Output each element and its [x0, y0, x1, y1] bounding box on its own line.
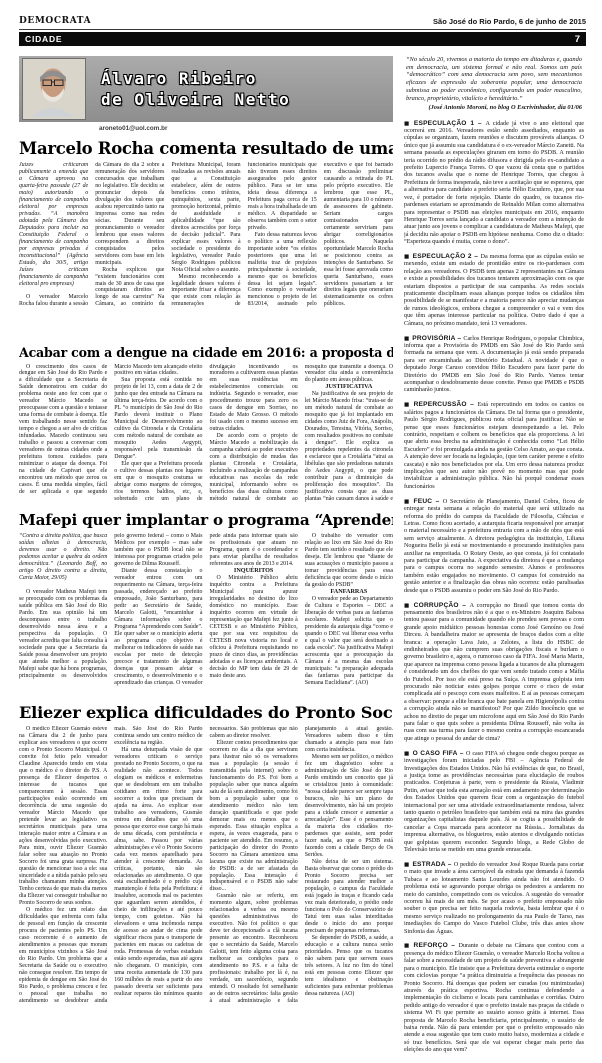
- columnist-photo: [22, 58, 86, 120]
- note-title: O CASO FIFA: [413, 750, 466, 757]
- portrait-icon: [23, 59, 83, 117]
- bullet-square-icon: ■: [404, 336, 409, 342]
- note-title: ESTRADA: [412, 861, 453, 868]
- lede-paragraph: “Contra a direita política, que busca sa…: [19, 533, 107, 582]
- columnist-name-line2: de Oliveira Netto: [101, 89, 290, 110]
- article-title-dengue: Acabar com a dengue na cidade em 2016: a…: [19, 346, 393, 359]
- bullet-square-icon: ■: [404, 499, 411, 505]
- note-estrada: ■ESTRADAO pedido do vereador José Roque …: [404, 861, 584, 936]
- bullet-square-icon: ■: [404, 121, 411, 127]
- note-title: ESPECULAÇÃO 2: [413, 253, 481, 260]
- page-number: 7: [575, 34, 580, 45]
- article-mafepi: “Contra a direita política, que busca sa…: [19, 533, 393, 697]
- note-text: Carlos Henrique Rodrigues, o popular Chi…: [404, 336, 584, 394]
- note-title: FEUC: [414, 498, 443, 505]
- columnist-email: aroneto01@uol.com.br: [99, 125, 393, 132]
- note-title: REPERCUSSÃO: [414, 401, 478, 408]
- note-title: REFORÇO: [414, 942, 459, 949]
- paragraph: O médico Eliezer Gusmão esteve na Câmara…: [19, 726, 107, 907]
- bullet-square-icon: ■: [404, 603, 411, 609]
- bullet-square-icon: ■: [404, 254, 410, 260]
- section-title: CIDADE: [25, 34, 62, 44]
- note-text: O pedido do vereador José Roque Rueda pa…: [404, 862, 584, 935]
- article-lei-malfeita: Juízes criticaram publicamente a emenda …: [19, 162, 393, 340]
- paragraph: O trabalho do vereador com relação ao li…: [305, 533, 393, 589]
- article-title-mafepi: Mafepi quer implantar o programa “Aprend…: [19, 513, 393, 529]
- note-title: ESPECULAÇÃO 1: [414, 120, 486, 127]
- paragraph: Se depender do PSDB, a saúde, a educação…: [305, 935, 393, 998]
- note-text: Da mesma forma que as cúpulas estão se m…: [404, 254, 584, 327]
- quote-attribution: (José Antonio Moroni, no blog O Escrivin…: [404, 104, 584, 111]
- note-title: PROVISÓRIA: [412, 335, 463, 342]
- bullet-square-icon: ■: [404, 402, 411, 408]
- article-title-pronto-socorro: Eliezer explica dificuldades do Pronto S…: [19, 704, 393, 721]
- bullet-square-icon: ■: [404, 862, 409, 868]
- note-text: A corrupção no Brasil que tomou conta do…: [404, 603, 584, 742]
- newspaper-page: DEMOCRATA São José do Rio Pardo, 6 de ju…: [0, 0, 602, 1063]
- paragraph: Não deixa de ser um sistema. Basta obser…: [305, 859, 393, 935]
- publication-name: DEMOCRATA: [19, 16, 91, 26]
- bullet-square-icon: ■: [404, 751, 410, 757]
- page-content: Álvaro Ribeiro de Oliveira Netto aroneto…: [19, 56, 586, 1056]
- note-text: Está repercutindo em todos os cantos os …: [404, 402, 584, 489]
- note-provisoria: ■PROVISÓRIACarlos Henrique Rodrigues, o …: [404, 335, 584, 395]
- main-column: Álvaro Ribeiro de Oliveira Netto aroneto…: [19, 56, 393, 1056]
- note-reforco: ■REFORÇODurante o debate na Câmara que c…: [404, 942, 584, 1054]
- bullet-square-icon: ■: [404, 943, 411, 949]
- paragraph: O vereador pede ao Departamento de Cultu…: [305, 596, 393, 686]
- edition-date: São José do Rio Pardo, 6 de junho de 201…: [433, 17, 586, 26]
- article-title-lei-malfeita: Marcelo Rocha comenta resultado de uma l…: [19, 140, 393, 157]
- subhead-inqueritos: INQUÉRITOS: [210, 568, 298, 575]
- masthead-row: DEMOCRATA São José do Rio Pardo, 6 de ju…: [19, 16, 586, 30]
- note-caso-fifa: ■O CASO FIFAO caso FIFA só chegou onde c…: [404, 750, 584, 855]
- note-text: O Secretário de Planejamento, Daniel Cob…: [404, 499, 584, 594]
- columnist-name-line1: Álvaro Ribeiro: [101, 68, 290, 89]
- note-corrupcao: ■CORRUPÇÃOA corrupção no Brasil que tomo…: [404, 602, 584, 744]
- note-feuc: ■FEUCO Secretário de Planejamento, Danie…: [404, 498, 584, 595]
- note-title: CORRUPÇÃO: [414, 602, 470, 609]
- section-bar: CIDADE 7: [19, 32, 586, 46]
- notes-column: “No século 20, vivemos a maioria do temp…: [404, 56, 584, 1056]
- note-text: A cidade já vive o ano eleitoral que oco…: [404, 121, 584, 246]
- note-repercussao: ■REPERCUSSÃOEstá repercutindo em todos o…: [404, 401, 584, 491]
- columnist-banner: Álvaro Ribeiro de Oliveira Netto: [19, 56, 393, 122]
- article-dengue: O crescimento dos casos de dengue em São…: [19, 364, 393, 506]
- note-text: Durante o debate na Câmara que contou co…: [404, 943, 584, 1053]
- columnist-name: Álvaro Ribeiro de Oliveira Netto: [101, 68, 290, 110]
- paragraph: Eliezer contou procedimentos que ocorrem…: [210, 740, 298, 893]
- paragraph: Sua proposta está contida no projeto de …: [114, 377, 202, 460]
- lede-paragraph: Juízes criticaram publicamente a emenda …: [19, 162, 88, 287]
- note-especulacao-1: ■ESPECULAÇÃO 1A cidade já vive o ano ele…: [404, 120, 584, 247]
- note-text: O caso FIFA só chegou onde chegou porque…: [404, 751, 584, 853]
- note-especulacao-2: ■ESPECULAÇÃO 2Da mesma forma que as cúpu…: [404, 253, 584, 328]
- paragraph: O Ministério Público abriu inquérito con…: [210, 575, 298, 679]
- opening-quote: “No século 20, vivemos a maioria do temp…: [404, 56, 584, 102]
- subhead-fanfarras: FANFARRAS: [305, 589, 393, 596]
- paragraph: Mesmo sem ser político, o médico fez um …: [305, 754, 393, 858]
- article-pronto-socorro: O médico Eliezer Gusmão esteve na Câmara…: [19, 726, 393, 1036]
